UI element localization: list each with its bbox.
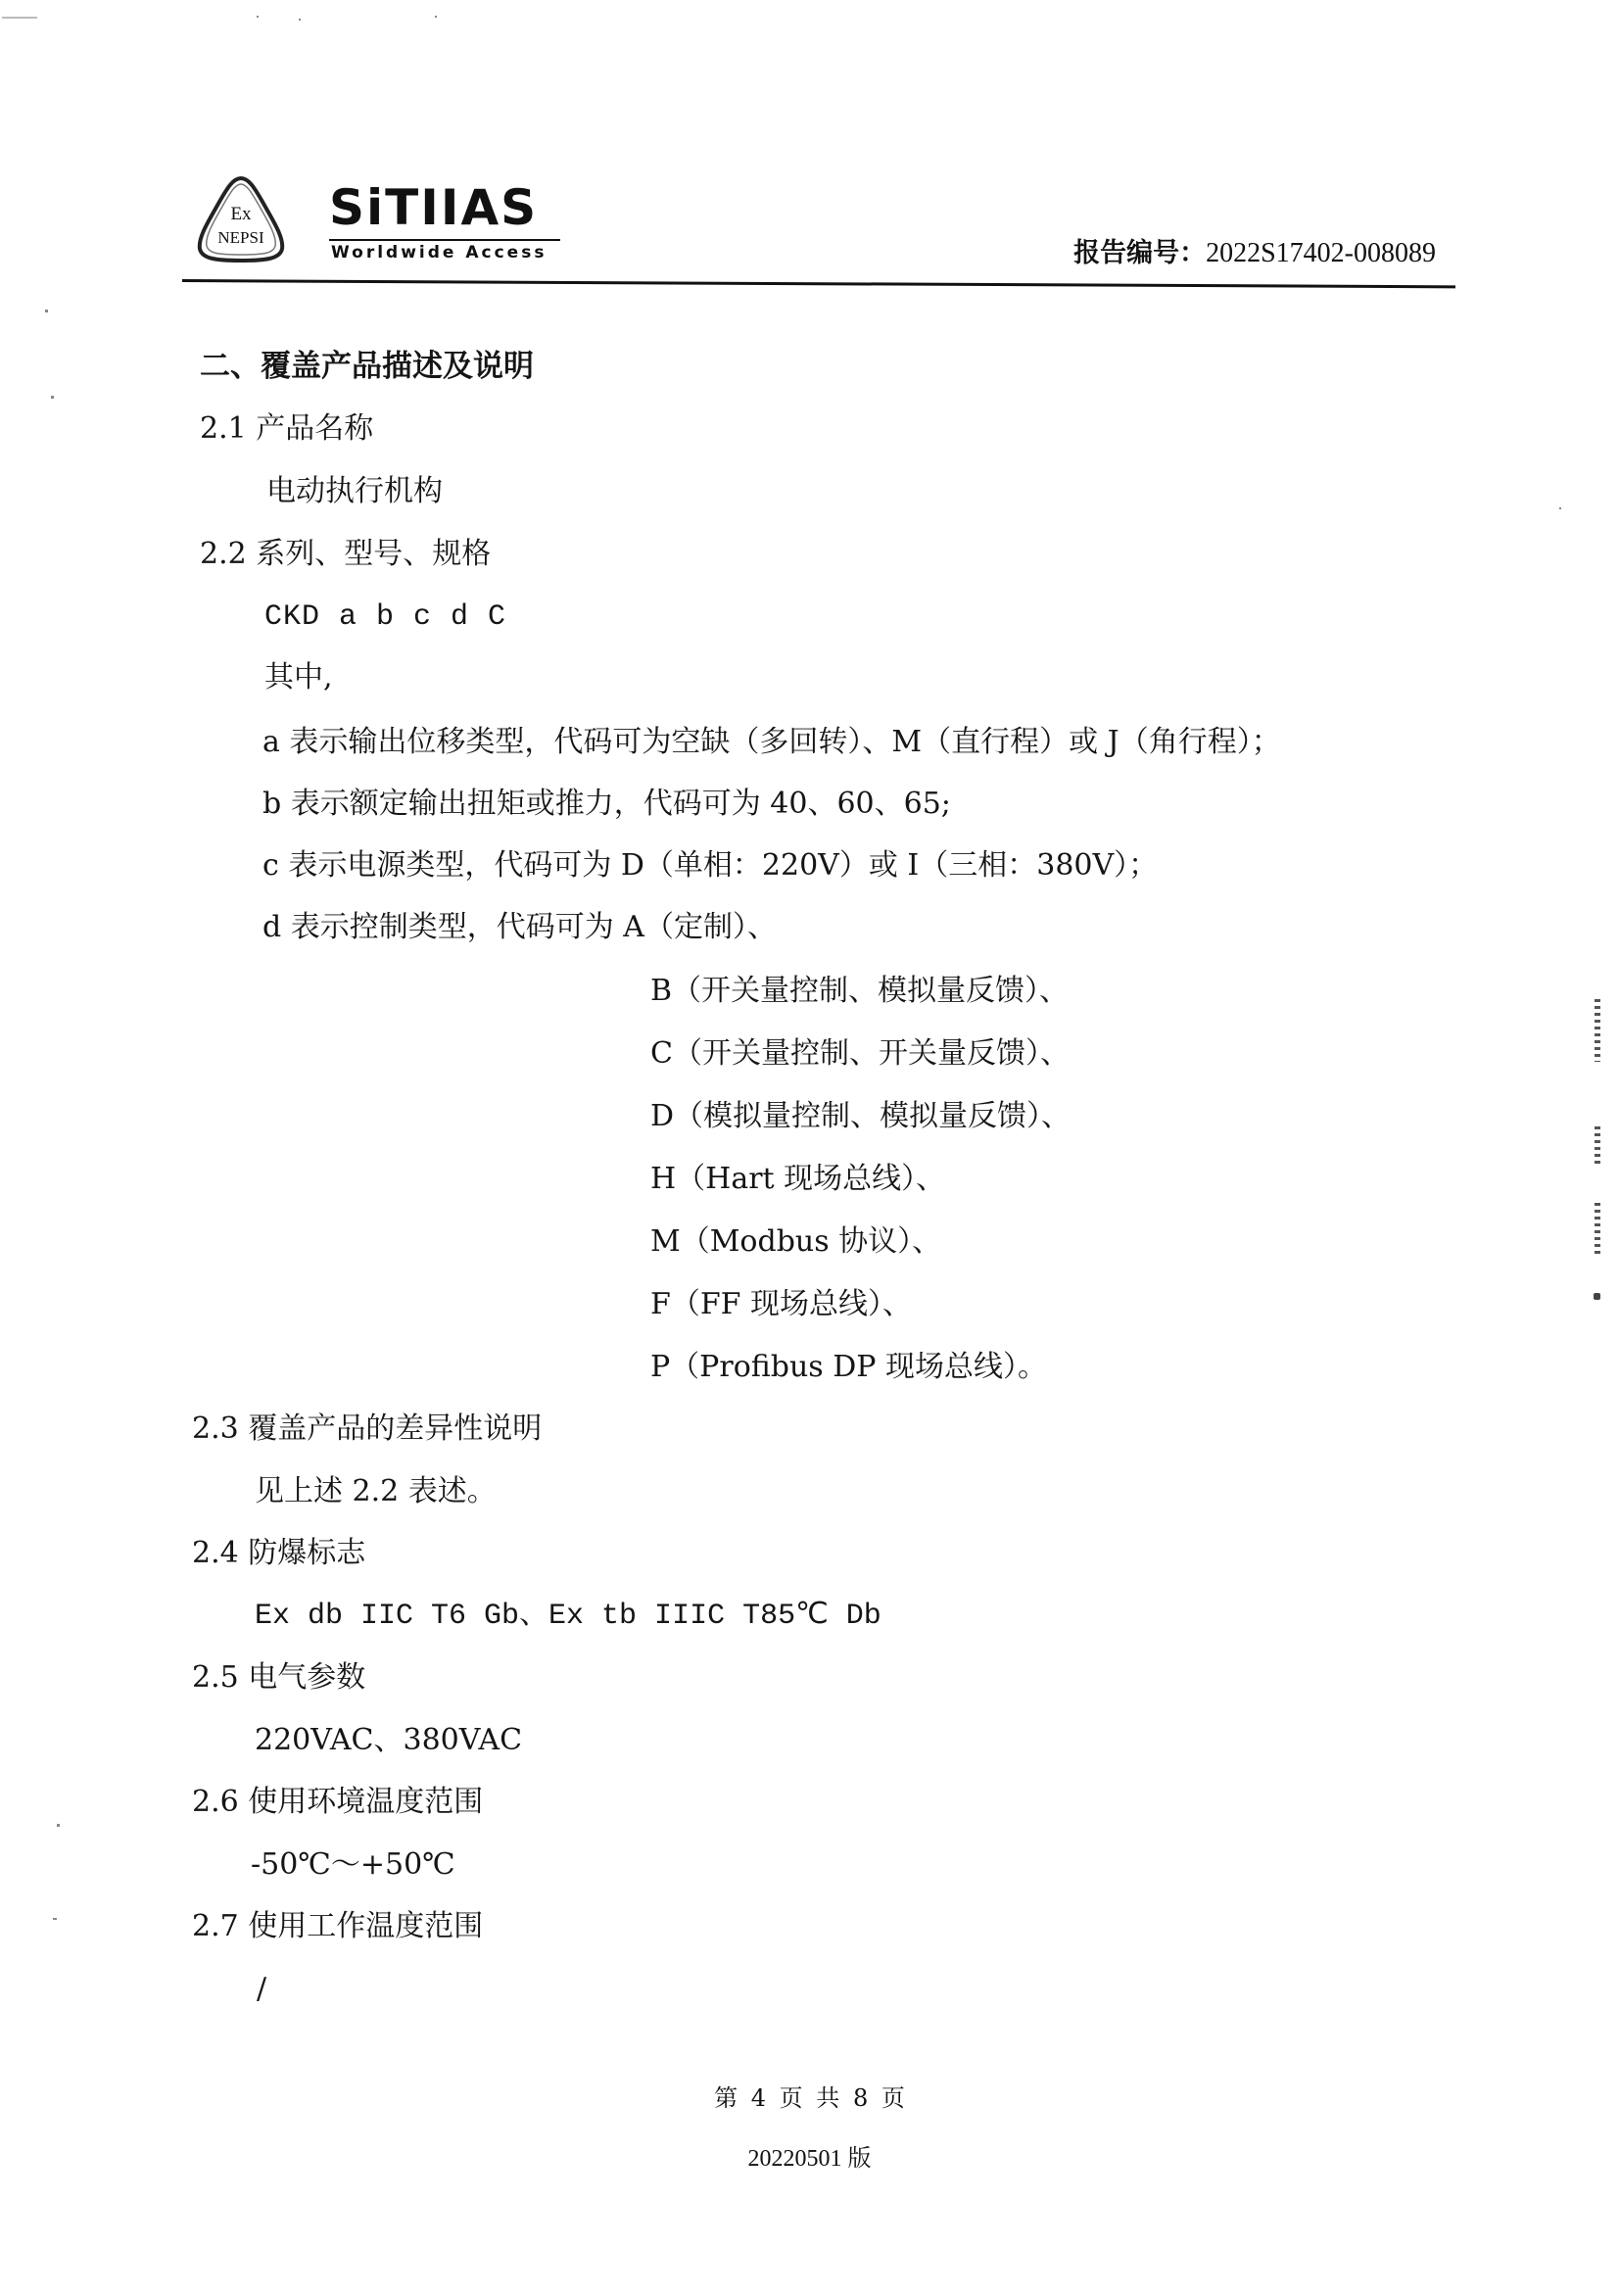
- heading-2-1: 2.1 产品名称: [200, 411, 373, 447]
- control-type-p: P（Profibus DP 现场总线）。: [650, 1350, 1047, 1385]
- scan-speck: [45, 310, 48, 312]
- scan-speck: [1559, 507, 1561, 509]
- page-number: 第 4 页 共 8 页: [0, 2079, 1619, 2113]
- difference-note: 见上述 2.2 表述。: [255, 1474, 497, 1509]
- edge-stamp-mark: [1595, 1203, 1600, 1256]
- control-type-d: D（模拟量控制、模拟量反馈）、: [650, 1099, 1071, 1134]
- heading-2-6: 2.6 使用环境温度范围: [192, 1785, 483, 1820]
- section-title: 二、覆盖产品描述及说明: [200, 349, 534, 384]
- param-a-desc: a 表示输出位移类型，代码可为空缺（多回转）、M（直行程）或 J（角行程）；: [262, 725, 1281, 760]
- heading-2-5: 2.5 电气参数: [192, 1660, 365, 1696]
- document-page: Ex NEPSI SiTIIAS Worldwide Access 报告编号：2…: [0, 0, 1619, 2296]
- param-c-desc: c 表示电源类型，代码可为 D（单相：220V）或 I（三相：380V）；: [262, 848, 1158, 884]
- scan-speck: [299, 19, 301, 21]
- edge-stamp-mark: [1595, 1126, 1600, 1166]
- scan-speck: [57, 1824, 60, 1827]
- param-d-desc: d 表示控制类型，代码可为 A（定制）、: [262, 910, 777, 945]
- scan-speck: [51, 396, 54, 399]
- logo-tagline: Worldwide Access: [331, 243, 547, 263]
- header-divider: [182, 279, 1455, 288]
- control-type-m: M（Modbus 协议）、: [650, 1224, 941, 1260]
- scan-speck: [435, 16, 437, 18]
- heading-2-3: 2.3 覆盖产品的差异性说明: [192, 1411, 542, 1447]
- logo-divider: [329, 239, 560, 241]
- heading-2-7: 2.7 使用工作温度范围: [192, 1909, 483, 1944]
- report-number-value: 2022S17402-008089: [1206, 238, 1436, 268]
- version-label: 20220501 版: [0, 2138, 1619, 2173]
- model-code: CKD a b c d C: [264, 599, 506, 635]
- logo-name: SiTIIAS: [329, 180, 538, 235]
- scan-speck: [2, 17, 37, 19]
- where-label: 其中,: [264, 660, 333, 695]
- svg-text:Ex: Ex: [230, 204, 252, 224]
- heading-2-4: 2.4 防爆标志: [192, 1536, 365, 1571]
- nepsi-ex-logo-icon: Ex NEPSI: [194, 174, 288, 264]
- explosion-proof-marking: Ex db IIC T6 Gb、Ex tb IIIC T85℃ Db: [255, 1599, 881, 1634]
- param-b-desc: b 表示额定输出扭矩或推力，代码可为 40、60、65;: [262, 787, 951, 822]
- control-type-f: F（FF 现场总线）、: [650, 1287, 912, 1322]
- sitiias-logo: SiTIIAS Worldwide Access: [329, 180, 564, 268]
- electrical-parameters: 220VAC、380VAC: [255, 1723, 522, 1758]
- control-type-c: C（开关量控制、开关量反馈）、: [650, 1036, 1070, 1072]
- heading-2-2: 2.2 系列、型号、规格: [200, 537, 491, 572]
- scan-speck: [257, 16, 259, 18]
- scan-speck: [53, 1918, 57, 1920]
- scan-speck: [1594, 1293, 1600, 1300]
- working-temperature-range: /: [257, 1972, 266, 2007]
- ambient-temperature-range: -50℃～+50℃: [251, 1847, 455, 1883]
- product-name: 电动执行机构: [266, 474, 443, 509]
- edge-stamp-mark: [1595, 999, 1600, 1062]
- report-number-label: 报告编号：: [1073, 238, 1206, 268]
- svg-text:NEPSI: NEPSI: [217, 228, 264, 247]
- control-type-b: B（开关量控制、模拟量反馈）、: [650, 974, 1069, 1009]
- report-number: 报告编号：2022S17402-008089: [1073, 231, 1436, 269]
- control-type-h: H（Hart 现场总线）、: [650, 1162, 945, 1197]
